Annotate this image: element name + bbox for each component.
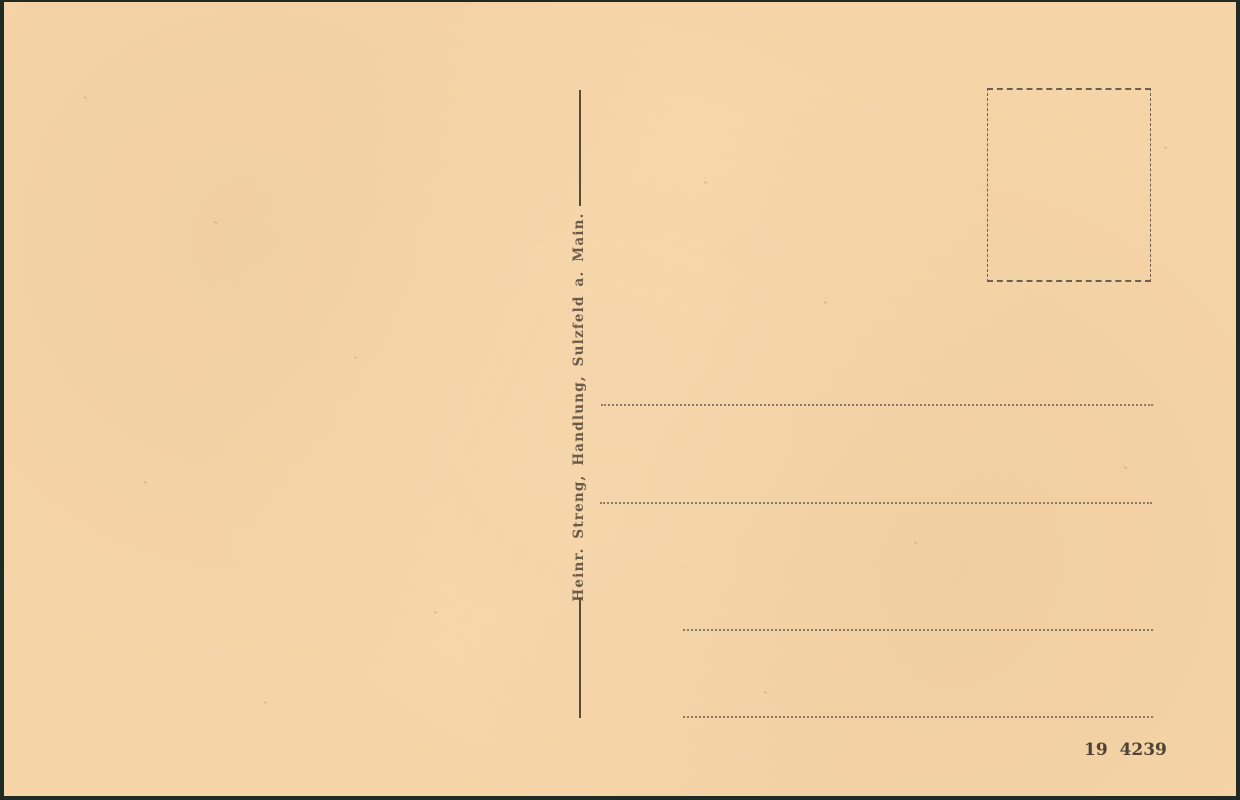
paper-speck [764, 691, 767, 694]
address-line-2 [600, 502, 1152, 504]
postcard-back: Heinr. Streng, Handlung, Sulzfeld a. Mai… [4, 2, 1236, 796]
divider-line-bottom [579, 598, 581, 718]
address-line-4 [683, 716, 1153, 718]
paper-speck [914, 541, 917, 544]
address-line-3 [683, 629, 1153, 631]
stamp-box [987, 88, 1151, 282]
divider-line-top [579, 90, 581, 206]
paper-speck [704, 181, 707, 184]
paper-speck [824, 301, 827, 304]
publisher-imprint: Heinr. Streng, Handlung, Sulzfeld a. Mai… [571, 212, 587, 601]
paper-speck [1164, 146, 1167, 149]
message-area [4, 2, 574, 796]
paper-speck [1124, 466, 1127, 469]
address-line-1 [601, 404, 1153, 406]
card-number: 19 4239 [1084, 740, 1167, 760]
